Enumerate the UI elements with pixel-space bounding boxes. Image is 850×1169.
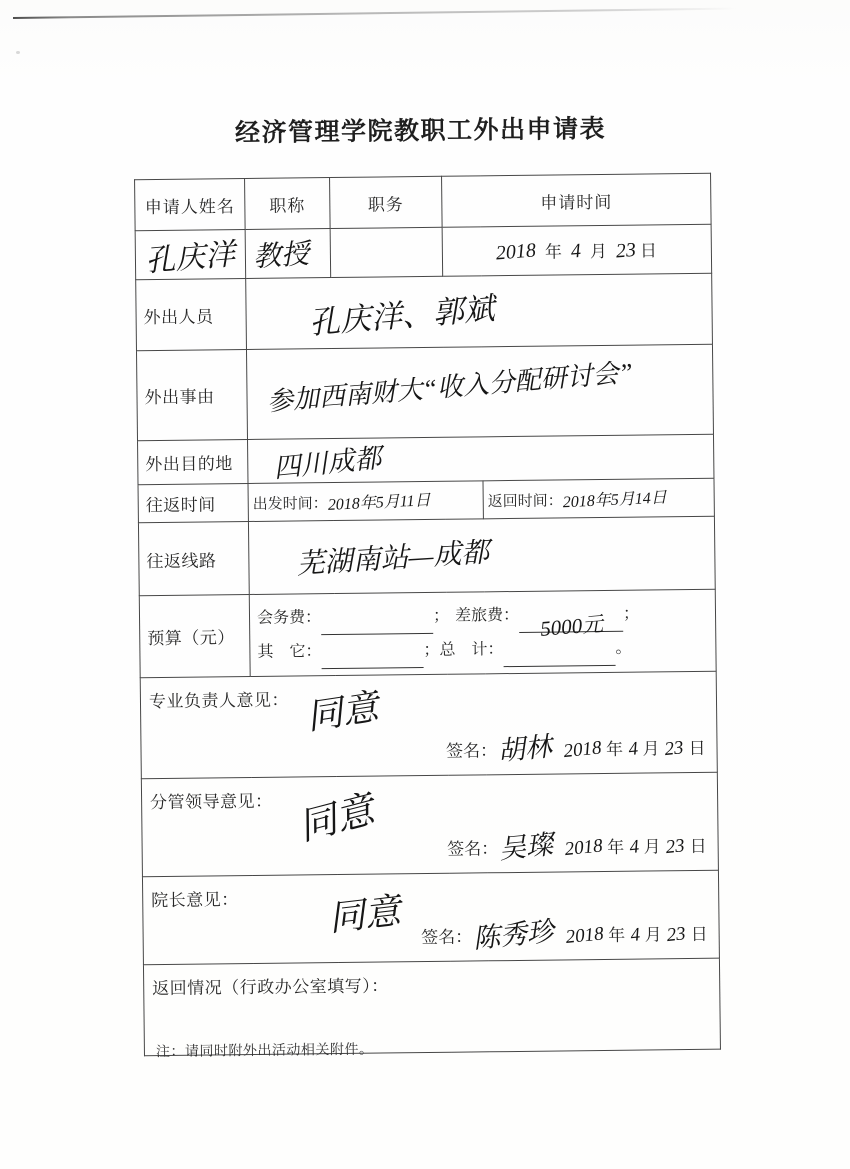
handwritten-apply-year: 2018 [495,239,537,265]
depart-time-cell: 出发时间：2018年5月11日 [248,481,483,522]
dean-opinion-row: 院长意见： 同意 签名：陈秀珍2018年4月23日 [142,870,719,965]
day-unit-label: 日 [690,837,707,856]
handwritten-apply-month: 4 [570,240,582,264]
leader-opinion-row: 分管领导意见： 同意 签名：吴璨2018年4月23日 [141,772,718,877]
handwritten-sign-month: 4 [629,924,641,947]
budget-row: 预算（元） 会务费：；差旅费：5000元； 其 它：；总 计：。 [139,589,716,678]
applicant-position-cell [330,227,443,277]
leader-opinion-cell: 分管领导意见： 同意 签名：吴璨2018年4月23日 [141,772,718,877]
handwritten-route: 芜湖南站—成都 [295,530,490,582]
handwritten-personnel: 孔庆洋、郭斌 [307,282,496,342]
reason-label: 外出事由 [136,350,247,441]
dean-opinion-cell: 院长意见： 同意 签名：陈秀珍2018年4月23日 [142,870,719,965]
handwritten-return-date: 2018年5月14日 [562,484,667,512]
other-fee-label: 其 它： [257,643,321,661]
handwritten-sign-month: 4 [628,836,640,859]
handwritten-applicant-name: 孔庆洋 [143,230,236,280]
sign-label: 签名： [446,741,497,761]
handwritten-leader-opinion: 同意 [292,778,379,850]
handwritten-sign-year: 2018 [564,923,604,949]
other-fee-blank [321,647,423,669]
month-unit-label: 月 [645,925,662,944]
header-cell-position: 职务 [330,176,443,228]
handwritten-rank: 教授 [252,232,310,275]
reason-row: 外出事由 参加西南财大“收入分配研讨会” [136,344,713,441]
budget-line-2: 其 它：；总 计：。 [257,630,708,669]
separator: ； [623,605,639,622]
applicant-name-cell: 孔庆洋 [135,230,246,280]
handwritten-reason: 参加西南财大“收入分配研讨会” [266,352,635,419]
handwritten-sign-day: 23 [666,923,687,947]
conference-fee-label: 会务费： [257,609,321,627]
travel-time-row: 往返时间 出发时间：2018年5月11日 返回时间：2018年5月14日 [138,478,714,523]
route-row: 往返线路 芜湖南站—成都 [138,516,715,596]
leader-opinion-label: 分管领导意见： [150,787,273,813]
handwritten-sign-year: 2018 [562,737,602,763]
handwritten-supervisor-opinion: 同意 [303,679,382,740]
year-unit-label: 年 [545,242,562,261]
dean-opinion-label: 院长意见： [151,885,239,911]
dean-sign-line: 签名：陈秀珍2018年4月23日 [421,909,711,951]
header-cell-applicant-name: 申请人姓名 [135,179,246,231]
personnel-label: 外出人员 [136,279,247,351]
supervisor-opinion-cell: 专业负责人意见： 同意 签名：胡林2018年4月23日 [140,671,717,779]
month-unit-label: 月 [644,837,661,856]
day-unit-label: 日 [640,241,657,260]
handwritten-dean-signature: 陈秀珍 [470,909,554,956]
leader-sign-line: 签名：吴璨2018年4月23日 [447,821,710,863]
header-cell-apply-time: 申请时间 [442,173,712,227]
reason-value-cell: 参加西南财大“收入分配研讨会” [246,344,713,439]
personnel-row: 外出人员 孔庆洋、郭斌 [136,273,713,351]
supervisor-opinion-label: 专业负责人意见： [149,686,289,713]
scanned-page: 经济管理学院教职工外出申请表 申请人姓名 职称 职务 申请时间 孔庆洋 教授 [0,0,850,1169]
period-mark: 。 [615,639,631,656]
personnel-value-cell: 孔庆洋、郭斌 [246,273,713,349]
supervisor-opinion-row: 专业负责人意见： 同意 签名：胡林2018年4月23日 [140,671,717,779]
handwritten-dean-opinion: 同意 [326,883,403,942]
handwritten-leader-signature: 吴璨 [496,822,554,866]
budget-label: 预算（元） [139,594,250,677]
table-header-row: 申请人姓名 职称 职务 申请时间 [135,173,712,231]
page-title: 经济管理学院教职工外出申请表 [0,106,846,152]
destination-row: 外出目的地 四川成都 [138,434,714,485]
conference-fee-blank [321,612,433,634]
applicant-values-row: 孔庆洋 教授 2018年4月23日 [135,224,712,280]
footnote: 注：请同时附外出活动相关附件。 [156,1039,374,1061]
separator: ； [433,607,449,624]
route-label: 往返线路 [138,522,249,596]
handwritten-apply-day: 23 [615,239,637,264]
year-unit-label: 年 [607,838,624,857]
handwritten-sign-month: 4 [627,738,639,761]
return-time-cell: 返回时间：2018年5月14日 [483,478,714,519]
handwritten-supervisor-signature: 胡林 [495,724,553,768]
month-unit-label: 月 [590,242,607,261]
destination-label: 外出目的地 [138,440,248,485]
applicant-rank-cell: 教授 [245,229,331,279]
day-unit-label: 日 [691,925,708,944]
sign-label: 签名： [421,927,472,947]
year-unit-label: 年 [608,926,625,945]
form-sheet: 经济管理学院教职工外出申请表 申请人姓名 职称 职务 申请时间 孔庆洋 教授 [0,0,850,1169]
apply-date-cell: 2018年4月23日 [442,224,712,276]
travel-fee-label: 差旅费： [455,606,519,624]
handwritten-depart-date: 2018年5月11日 [327,487,431,515]
travel-time-label: 往返时间 [138,484,248,523]
header-cell-rank: 职称 [245,178,331,230]
separator: ； [423,641,439,658]
day-unit-label: 日 [688,739,705,758]
sign-label: 签名： [447,839,498,859]
handwritten-sign-day: 23 [664,737,685,761]
year-unit-label: 年 [606,740,623,759]
return-time-label: 返回时间： [488,493,563,510]
budget-line-1: 会务费：；差旅费：5000元； [257,596,708,635]
depart-time-label: 出发时间： [253,496,328,513]
budget-value-cell: 会务费：；差旅费：5000元； 其 它：；总 计：。 [249,589,716,676]
destination-value-cell: 四川成都 [248,434,714,483]
handwritten-sign-year: 2018 [563,835,603,861]
handwritten-sign-day: 23 [665,835,686,859]
total-label: 总 计： [439,641,503,659]
handwritten-destination: 四川成都 [272,436,383,484]
travel-fee-blank: 5000元 [519,610,623,632]
total-blank [503,644,615,666]
return-status-label: 返回情况（行政办公室填写）： [152,971,389,999]
handwritten-travel-fee: 5000元 [538,606,604,645]
supervisor-sign-line: 签名：胡林2018年4月23日 [446,723,709,765]
month-unit-label: 月 [642,739,659,758]
route-value-cell: 芜湖南站—成都 [248,516,715,594]
application-table: 申请人姓名 职称 职务 申请时间 孔庆洋 教授 2018年4月23日 外出人员 [134,173,721,1056]
